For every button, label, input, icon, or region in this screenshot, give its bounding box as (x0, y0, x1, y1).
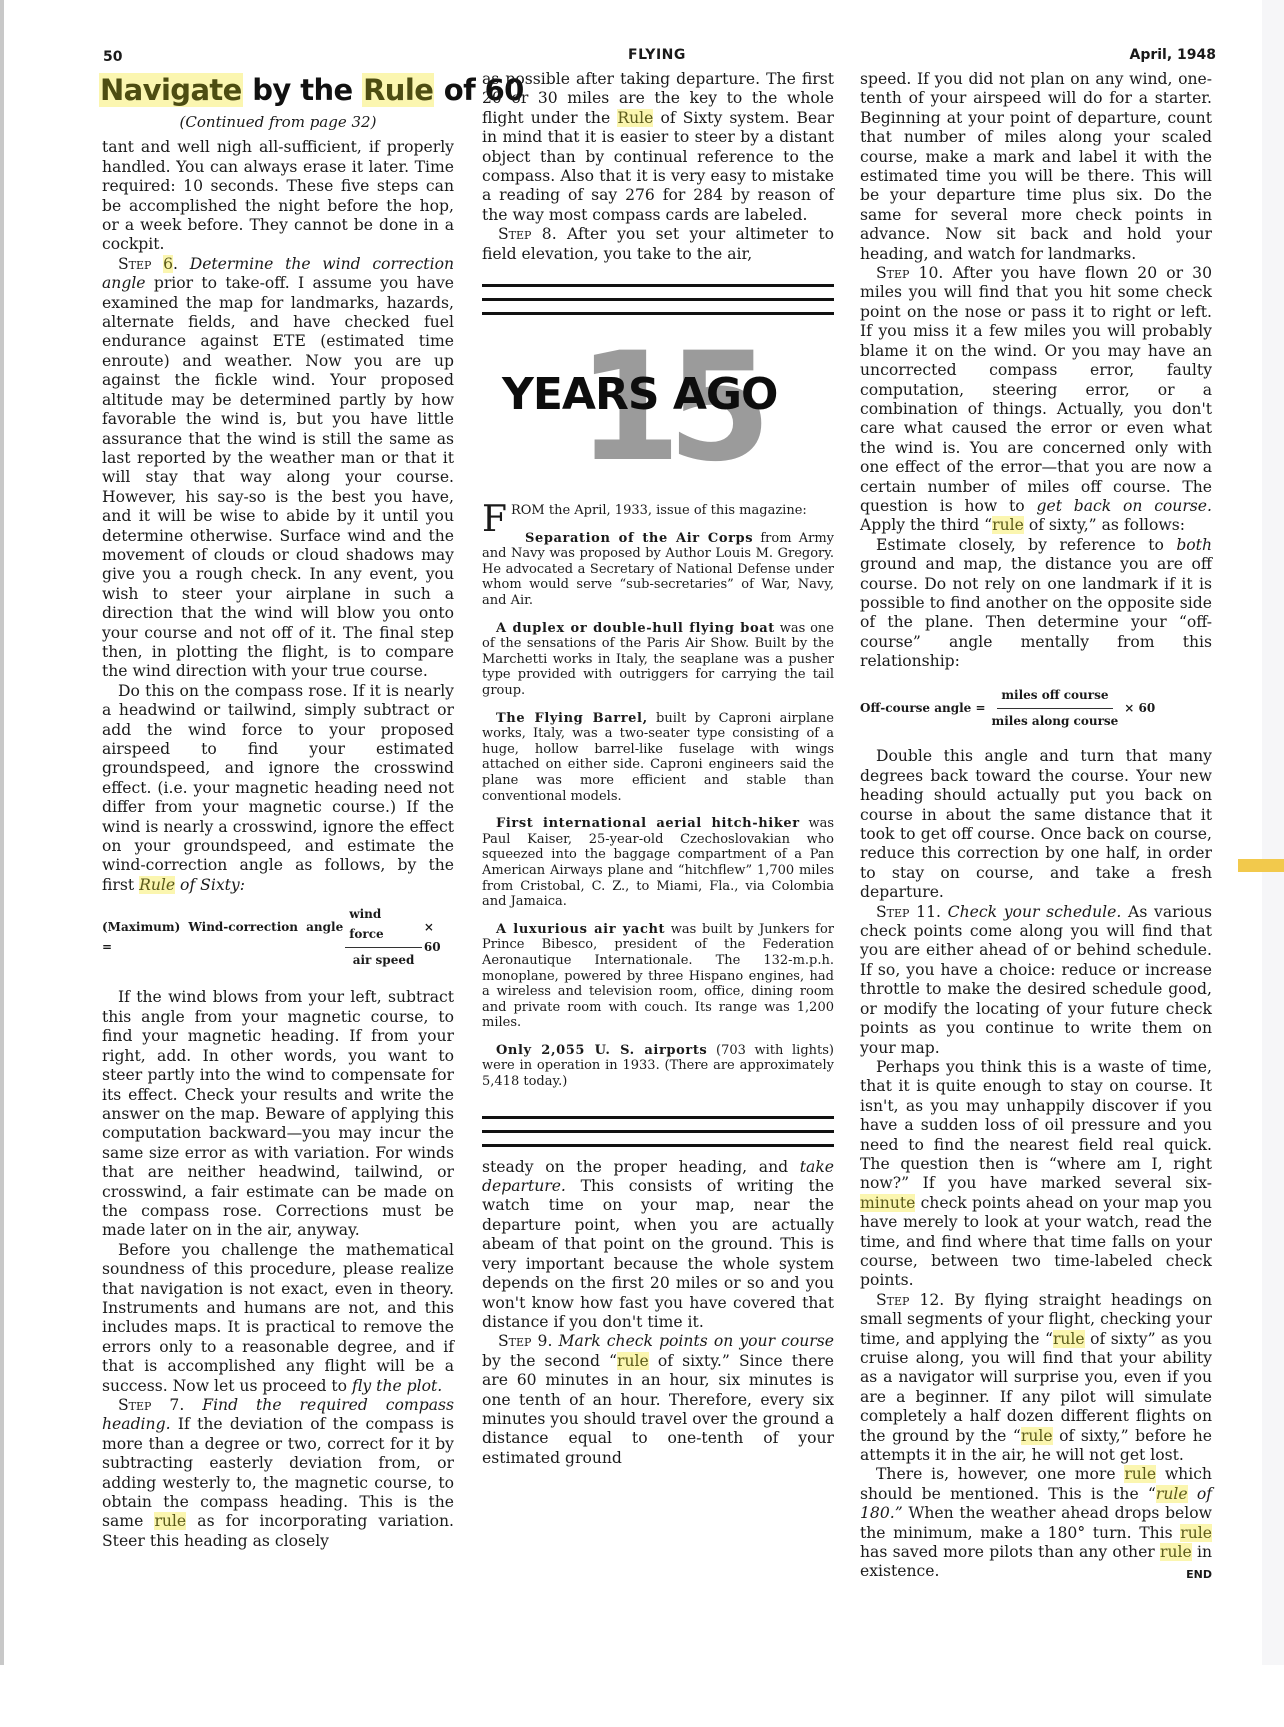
paragraph: If the wind blows from your left, subtra… (102, 988, 454, 1240)
sidebar-item: First international aerial hitch-hiker w… (482, 816, 834, 910)
search-highlight: rule (154, 1512, 186, 1530)
years-ago-heading: 15 YEARS AGO (482, 333, 834, 503)
step-8-paragraph: Step 8. After you set your altimeter to … (482, 225, 834, 264)
sidebar-item: A luxurious air yacht was built by Junke… (482, 922, 834, 1031)
wind-correction-formula: (Maximum) Wind-correction angle = wind f… (102, 905, 454, 970)
sidebar-item: Separation of the Air Corps from Army an… (482, 531, 834, 609)
step-10-paragraph: Step 10. After you have flown 20 or 30 m… (860, 264, 1212, 536)
article-column-2: as possible after taking departure. The … (482, 70, 834, 1468)
viewer-left-border (0, 0, 4, 1665)
article-column-3: speed. If you did not plan on any wind, … (860, 70, 1212, 1585)
paragraph: Estimate closely, by reference to both g… (860, 536, 1212, 672)
sidebar-item: A duplex or double-hull flying boat was … (482, 621, 834, 699)
end-mark: END (1170, 1565, 1212, 1584)
search-highlight: Rule (139, 876, 175, 894)
search-highlight: rule (1156, 1485, 1188, 1503)
paragraph: Do this on the compass rose. If it is ne… (102, 682, 454, 895)
years-ago-sidebar: FROM the April, 1933, issue of this maga… (482, 503, 834, 1090)
search-highlight: minute (860, 1194, 915, 1212)
search-highlight: Navigate (99, 73, 243, 107)
sidebar-bottom-rules (482, 1116, 834, 1147)
issue-date: April, 1948 (1129, 47, 1216, 63)
page-number: 50 (103, 49, 122, 65)
search-highlight: rule (617, 1352, 649, 1370)
sidebar-item: The Flying Barrel, built by Caproni airp… (482, 711, 834, 805)
article-column-1: Navigate by the Rule of 60 (Continued fr… (102, 70, 454, 1551)
paragraph: tant and well nigh all-sufficient, if pr… (102, 138, 454, 254)
step-12-paragraph: Step 12. By flying straight headings on … (860, 1291, 1212, 1466)
sidebar-item: Only 2,055 U. S. airports (703 with ligh… (482, 1043, 834, 1090)
paragraph: Perhaps you think this is a waste of tim… (860, 1058, 1212, 1291)
search-highlight: Rule (617, 109, 653, 127)
sidebar-intro: FROM the April, 1933, issue of this maga… (482, 503, 834, 519)
bookmark-marker[interactable] (1238, 859, 1284, 872)
search-highlight: rule (1160, 1543, 1192, 1561)
paragraph: speed. If you did not plan on any wind, … (860, 70, 1212, 264)
viewer-scroll-gutter[interactable] (1262, 0, 1284, 1665)
paragraph: Before you challenge the mathematical so… (102, 1241, 454, 1396)
step-7-paragraph: Step 7. Find the required compass headin… (102, 1396, 454, 1551)
article-title: Navigate by the Rule of 60 (99, 73, 454, 107)
search-highlight: rule (992, 516, 1024, 534)
sidebar-top-rules (482, 284, 834, 315)
paragraph: steady on the proper heading, and take d… (482, 1158, 834, 1333)
search-highlight: Rule (362, 73, 434, 107)
step-6-paragraph: Step 6. Determine the wind correction an… (102, 255, 454, 682)
search-highlight: rule (1180, 1524, 1212, 1542)
search-highlight: rule (1124, 1465, 1156, 1483)
paragraph: as possible after taking departure. The … (482, 70, 834, 225)
off-course-formula: Off-course angle = miles off coursemiles… (860, 686, 1212, 732)
paragraph: Double this angle and turn that many deg… (860, 747, 1212, 902)
search-highlight: rule (1053, 1330, 1085, 1348)
paragraph: There is, however, one more rule which s… (860, 1465, 1212, 1581)
step-11-paragraph: Step 11. Check your schedule. As various… (860, 903, 1212, 1058)
step-9-paragraph: Step 9. Mark check points on your course… (482, 1332, 834, 1468)
search-highlight: rule (1021, 1427, 1053, 1445)
continued-note: (Continued from page 32) (102, 113, 454, 132)
years-ago-title: YEARS AGO (502, 385, 777, 404)
running-head: FLYING (628, 47, 686, 63)
